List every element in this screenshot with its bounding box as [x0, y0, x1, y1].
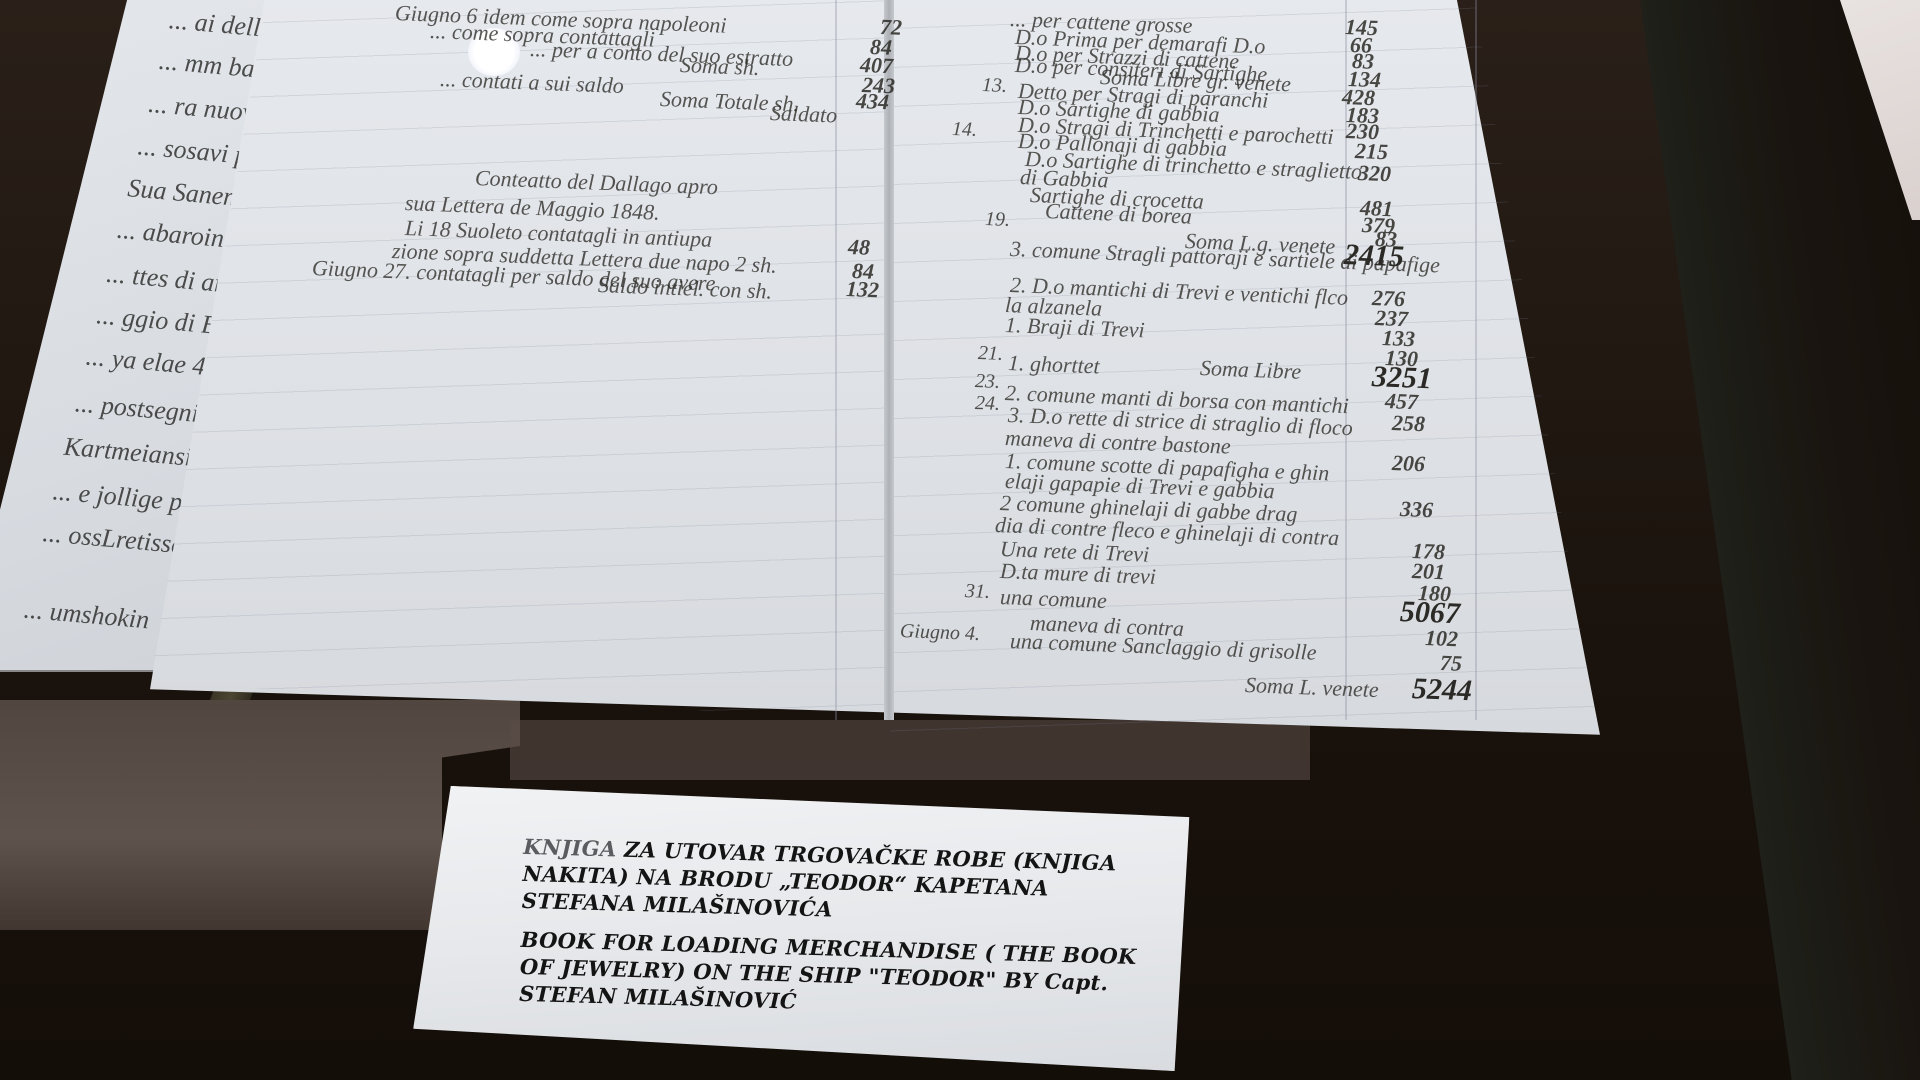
ledger-entry-amount: 48 — [848, 234, 871, 261]
ledger-entry-date: 13. — [982, 74, 1008, 98]
ledger-entry-amount: 102 — [1425, 625, 1459, 652]
label-english-text: BOOK FOR LOADING MERCHANDISE ( THE BOOK … — [519, 926, 1141, 1024]
ledger-entry-date: 21. — [978, 342, 1004, 366]
ledger-entry-text: Soma sh. — [680, 52, 760, 81]
letter-line: ... umshokin — [23, 595, 151, 636]
display-case-wall — [1640, 0, 1920, 1080]
ledger-entry-date: 24. — [975, 392, 1001, 416]
ledger-entry-text: Soma Libre — [1200, 355, 1302, 385]
ledger-entry-amount: 132 — [846, 276, 880, 303]
ledger-entry-date: 31. — [965, 580, 991, 604]
ledger-entry-date: Giugno 4. — [900, 620, 981, 646]
ledger-entry-amount: 336 — [1400, 496, 1434, 523]
label-serbian-text: KNJIGA ZA UTOVAR TRGOVAČKE ROBE (KNJIGA … — [521, 833, 1143, 931]
column-rule — [1475, 0, 1477, 720]
ledger-entry-date: 14. — [952, 118, 978, 142]
ledger-entry-date: 23. — [975, 370, 1001, 394]
ledger-entry-text: una comune — [1000, 584, 1108, 614]
museum-display-scene: ... ai della e allenni ideuri mettjn ...… — [0, 0, 1920, 1080]
ledger-entry-amount: 434 — [856, 88, 890, 115]
ledger-entry-amount: 320 — [1358, 160, 1392, 187]
ledger-entry-amount: 206 — [1392, 450, 1426, 477]
ledger-entry-date: 19. — [985, 208, 1011, 232]
ledger-entry-text: Saldato — [770, 100, 838, 129]
ledger-grand-total: 5244 — [1411, 672, 1472, 708]
exhibit-label-card: KNJIGA ZA UTOVAR TRGOVAČKE ROBE (KNJIGA … — [413, 785, 1190, 1071]
ledger-entry-amount: 258 — [1392, 410, 1426, 437]
ledger-entry-text: Soma L. venete — [1245, 672, 1380, 703]
label-serbian-first-word: KNJIGA — [523, 834, 617, 862]
ledger-entry-text: 1. ghorttet — [1008, 350, 1101, 379]
ledger-entry-text: 1. Braji di Trevi — [1005, 312, 1146, 343]
